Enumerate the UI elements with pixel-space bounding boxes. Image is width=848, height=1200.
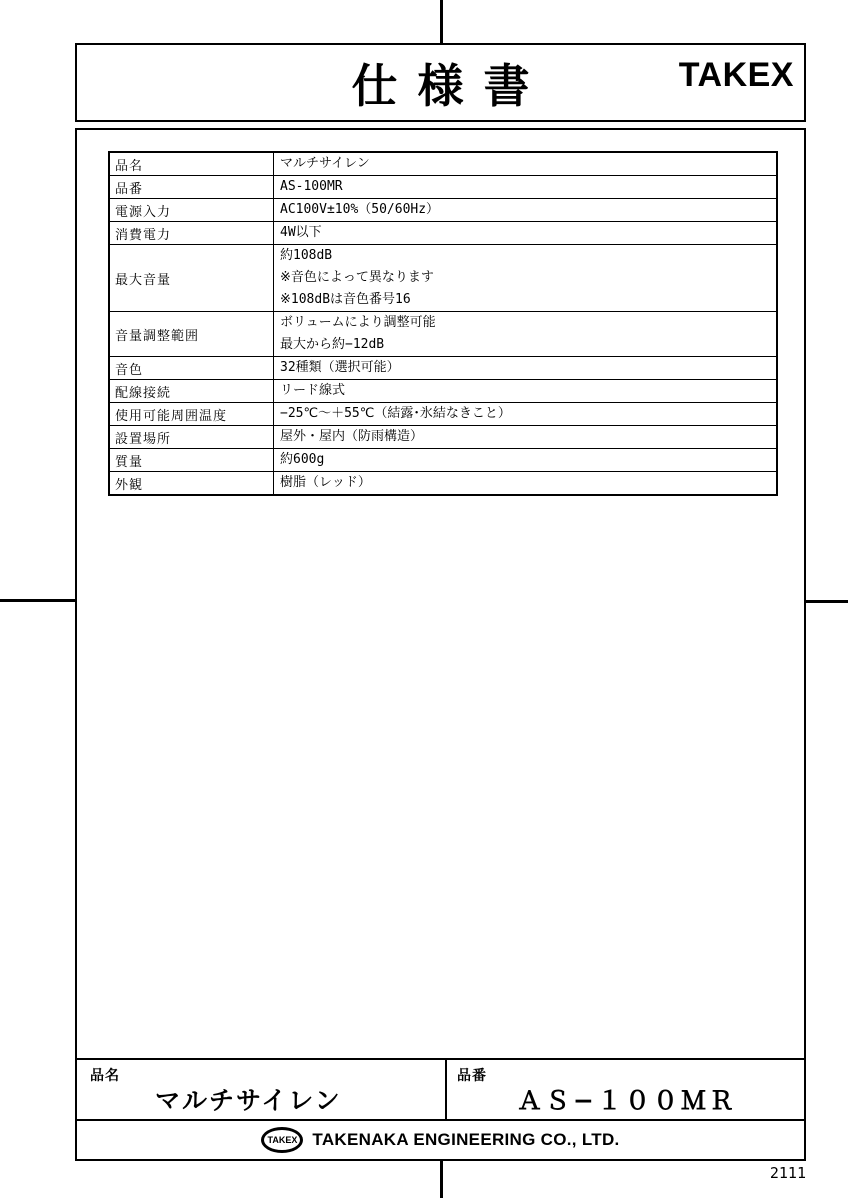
spec-value: ボリュームにより調整可能 最大から約−12dB [274, 312, 776, 356]
spec-value: AC100V±10%（50/60Hz） [274, 199, 776, 221]
table-row-operating-temperature: 使用可能周囲温度 −25℃～＋55℃（結露･氷結なきこと） [110, 402, 776, 425]
table-row-weight: 質量 約600g [110, 448, 776, 471]
spec-label: 消費電力 [110, 222, 274, 244]
bottom-section: 品名 マルチサイレン 品番 ＡＳ−１００ＭＲ TAKEX TAKENAKA EN… [77, 1058, 804, 1159]
spec-label: 音色 [110, 357, 274, 379]
spec-label: 配線接続 [110, 380, 274, 402]
spec-value: 約600g [274, 449, 776, 471]
spec-label: 電源入力 [110, 199, 274, 221]
spec-value-line: マルチサイレン [274, 153, 776, 175]
spec-value-line: 屋外・屋内（防雨構造） [274, 426, 776, 448]
table-row-volume-adjust-range: 音量調整範囲 ボリュームにより調整可能 最大から約−12dB [110, 311, 776, 356]
table-row-wiring: 配線接続 リード線式 [110, 379, 776, 402]
table-row-installation-place: 設置場所 屋外・屋内（防雨構造） [110, 425, 776, 448]
spec-value-line: 樹脂（レッド） [274, 472, 776, 494]
spec-value: マルチサイレン [274, 153, 776, 175]
model-value: ＡＳ−１００ＭＲ [517, 1081, 737, 1117]
takex-logo: TAKEX [679, 56, 794, 95]
spec-table: 品名 マルチサイレン 品番 AS-100MR 電源入力 AC100V±10%（5… [108, 151, 778, 496]
sheet-number: 2111 [770, 1164, 806, 1182]
spec-value-line: 最大から約−12dB [274, 334, 776, 356]
spec-value-line: AC100V±10%（50/60Hz） [274, 199, 776, 221]
takex-oval-logo-icon: TAKEX [261, 1127, 303, 1153]
crop-mark-right [806, 600, 848, 603]
table-row-tone: 音色 32種類（選択可能） [110, 356, 776, 379]
spec-label: 外観 [110, 472, 274, 494]
table-row-power-input: 電源入力 AC100V±10%（50/60Hz） [110, 198, 776, 221]
spec-value-line: リード線式 [274, 380, 776, 402]
company-name: TAKENAKA ENGINEERING CO., LTD. [312, 1130, 619, 1150]
spec-value-line: 32種類（選択可能） [274, 357, 776, 379]
table-row-max-volume: 最大音量 約108dB ※音色によって異なります ※108dBは音色番号16 [110, 244, 776, 311]
table-row-product-name: 品名 マルチサイレン [110, 153, 776, 175]
table-row-model: 品番 AS-100MR [110, 175, 776, 198]
spec-value-line: ※音色によって異なります [274, 267, 776, 289]
spec-value-line: 4W以下 [274, 222, 776, 244]
company-row: TAKEX TAKENAKA ENGINEERING CO., LTD. [77, 1119, 804, 1159]
spec-value-line: 約108dB [274, 245, 776, 267]
model-label: 品番 [457, 1065, 487, 1085]
product-name-label: 品名 [90, 1065, 120, 1085]
spec-label: 設置場所 [110, 426, 274, 448]
crop-mark-left [0, 599, 76, 602]
table-row-power-consumption: 消費電力 4W以下 [110, 221, 776, 244]
spec-value-line: −25℃～＋55℃（結露･氷結なきこと） [274, 403, 776, 425]
crop-mark-bottom [440, 1160, 443, 1198]
product-name-value: マルチサイレン [155, 1081, 342, 1117]
spec-value: 4W以下 [274, 222, 776, 244]
spec-value: 約108dB ※音色によって異なります ※108dBは音色番号16 [274, 245, 776, 311]
spec-sheet-page: { "page": { "sheet_number": "2111" }, "h… [0, 0, 848, 1200]
document-body: 品名 マルチサイレン 品番 AS-100MR 電源入力 AC100V±10%（5… [75, 128, 806, 1161]
spec-value-line: AS-100MR [274, 176, 776, 198]
spec-value: AS-100MR [274, 176, 776, 198]
model-cell: 品番 ＡＳ−１００ＭＲ [447, 1060, 804, 1119]
spec-value-line: 約600g [274, 449, 776, 471]
spec-value-line: ※108dBは音色番号16 [274, 289, 776, 311]
crop-mark-top [440, 0, 443, 43]
spec-label: 音量調整範囲 [110, 312, 274, 356]
document-frame: 仕様書 TAKEX 品名 マルチサイレン 品番 AS-100MR 電源入力 AC… [75, 43, 806, 1161]
takex-oval-logo-text: TAKEX [268, 1135, 298, 1145]
spec-value: リード線式 [274, 380, 776, 402]
spec-label: 質量 [110, 449, 274, 471]
spec-value-line: ボリュームにより調整可能 [274, 312, 776, 334]
spec-value: 32種類（選択可能） [274, 357, 776, 379]
spec-label: 品番 [110, 176, 274, 198]
table-row-appearance: 外観 樹脂（レッド） [110, 471, 776, 494]
spec-label: 最大音量 [110, 245, 274, 311]
spec-value: 屋外・屋内（防雨構造） [274, 426, 776, 448]
spec-label: 使用可能周囲温度 [110, 403, 274, 425]
spec-label: 品名 [110, 153, 274, 175]
product-id-row: 品名 マルチサイレン 品番 ＡＳ−１００ＭＲ [77, 1058, 804, 1119]
spec-value: −25℃～＋55℃（結露･氷結なきこと） [274, 403, 776, 425]
product-name-cell: 品名 マルチサイレン [77, 1060, 447, 1119]
spec-value: 樹脂（レッド） [274, 472, 776, 494]
title-bar: 仕様書 TAKEX [75, 43, 806, 122]
